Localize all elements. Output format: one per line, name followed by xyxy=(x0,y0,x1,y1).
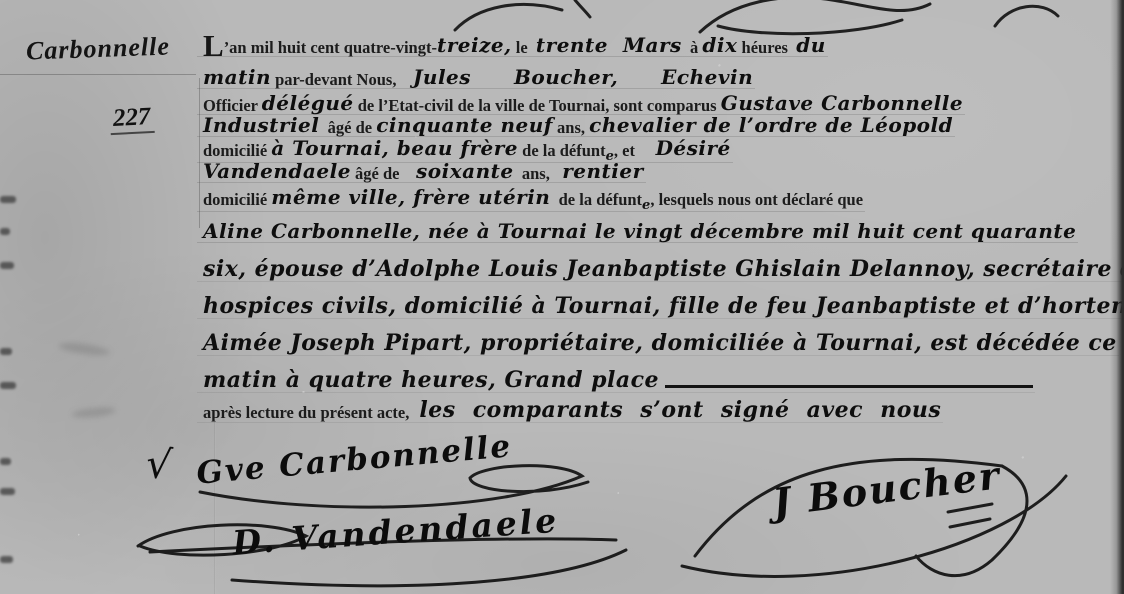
form-line-closing: après lecture du présent acte,les compar… xyxy=(203,398,941,424)
printed-dropcap: L xyxy=(203,28,224,63)
printed-text: ans, xyxy=(553,118,589,137)
handwritten-text: matin à quatre heures, Grand place xyxy=(203,367,659,393)
printed-text: héures xyxy=(737,38,796,57)
signature-vandendaele: D. Vandendaele xyxy=(231,501,560,563)
handwritten-text: treize, xyxy=(437,33,512,57)
handwritten-text: hospices civils, domicilié à Tournai, fi… xyxy=(203,293,1124,319)
handwritten-text: rentier xyxy=(562,159,643,183)
handwritten-text: même ville, frère utérin xyxy=(271,185,550,209)
ink-smudge xyxy=(72,406,117,420)
handwritten-text: du xyxy=(796,33,826,57)
form-line-witness2-domicile: domicilié même ville, frère utérin de la… xyxy=(203,186,863,213)
handwritten-text: délégué xyxy=(262,91,354,115)
body-line-5: matin à quatre heures, Grand place xyxy=(203,368,1033,394)
printed-text: , et xyxy=(614,141,656,160)
handwritten-text: trente Mars xyxy=(536,33,682,57)
handwritten-text: soixante xyxy=(416,159,514,183)
printed-text: de la défunt xyxy=(518,141,606,160)
handwritten-text: Vandendaele xyxy=(203,159,351,183)
printed-text: âgé de xyxy=(351,164,416,183)
printed-text: âgé de xyxy=(319,118,376,137)
printed-text: à xyxy=(682,38,703,57)
body-line-1: Aline Carbonnelle, née à Tournai le ving… xyxy=(203,220,1076,244)
margin-checkmark: √ xyxy=(144,441,174,489)
form-line-date: L’an mil huit cent quatre-vingt-treize, … xyxy=(203,34,826,58)
boucher-dash-marks xyxy=(948,504,992,527)
ink-smudge xyxy=(58,340,111,357)
body-line-2: six, épouse d’Adolphe Louis Jeanbaptiste… xyxy=(203,257,1124,283)
handwritten-text: six, épouse d’Adolphe Louis Jeanbaptiste… xyxy=(203,256,1124,282)
printed-text: domicilié xyxy=(203,190,271,209)
handwritten-text: Aimée Joseph Pipart, propriétaire, domic… xyxy=(203,330,1117,356)
margin-divider-line xyxy=(199,78,200,228)
handwritten-text: Aline Carbonnelle, née à Tournai le ving… xyxy=(203,219,1076,243)
handwritten-text: cinquante neuf xyxy=(376,113,553,137)
printed-text: ans, xyxy=(514,164,563,183)
scanned-death-record-page: Carbonnelle 227 L’an mil huit cent quatr… xyxy=(0,0,1124,594)
handwritten-text: Désiré xyxy=(656,136,731,160)
handwritten-text: Jules Boucher, Echevin xyxy=(413,65,753,89)
printed-text: le xyxy=(512,38,536,57)
handwritten-text: matin xyxy=(203,65,271,89)
handwritten-text: Industriel xyxy=(203,113,319,137)
printed-text: de la défunt xyxy=(550,190,642,209)
handwritten-text: les comparants s’ont signé avec nous xyxy=(419,397,941,423)
body-line-3: hospices civils, domicilié à Tournai, fi… xyxy=(203,294,1124,320)
printed-text: ’an mil huit cent quatre-vingt- xyxy=(224,38,437,57)
margin-deceased-name: Carbonnelle xyxy=(26,31,171,66)
margin-rule-line xyxy=(0,74,196,75)
handwritten-text: chevalier de l’ordre de Léopold xyxy=(589,113,953,137)
act-body: L’an mil huit cent quatre-vingt-treize, … xyxy=(203,30,1119,475)
act-number: 227 xyxy=(109,103,154,135)
handwritten-text: Gustave Carbonnelle xyxy=(721,91,963,115)
form-line-officer: matin par-devant Nous, Jules Boucher, Ec… xyxy=(203,66,753,90)
printed-text: par-devant Nous, xyxy=(271,70,413,89)
handwritten-text: à Tournai, beau frère xyxy=(271,136,518,160)
handwritten-text: dix xyxy=(702,33,737,57)
filled-rule xyxy=(665,371,1033,388)
printed-text: , lesquels nous ont déclaré que xyxy=(650,190,863,209)
printed-text: après lecture du présent acte, xyxy=(203,403,409,422)
form-line-witness1: Industriel âgé de cinquante neuf ans, ch… xyxy=(203,114,953,138)
page-edge-shadow xyxy=(1110,0,1124,594)
form-line-witness2: Vandendaele âgé de soixante ans, rentier xyxy=(203,160,644,184)
body-line-4: Aimée Joseph Pipart, propriétaire, domic… xyxy=(203,331,1117,357)
printed-text: domicilié xyxy=(203,141,271,160)
